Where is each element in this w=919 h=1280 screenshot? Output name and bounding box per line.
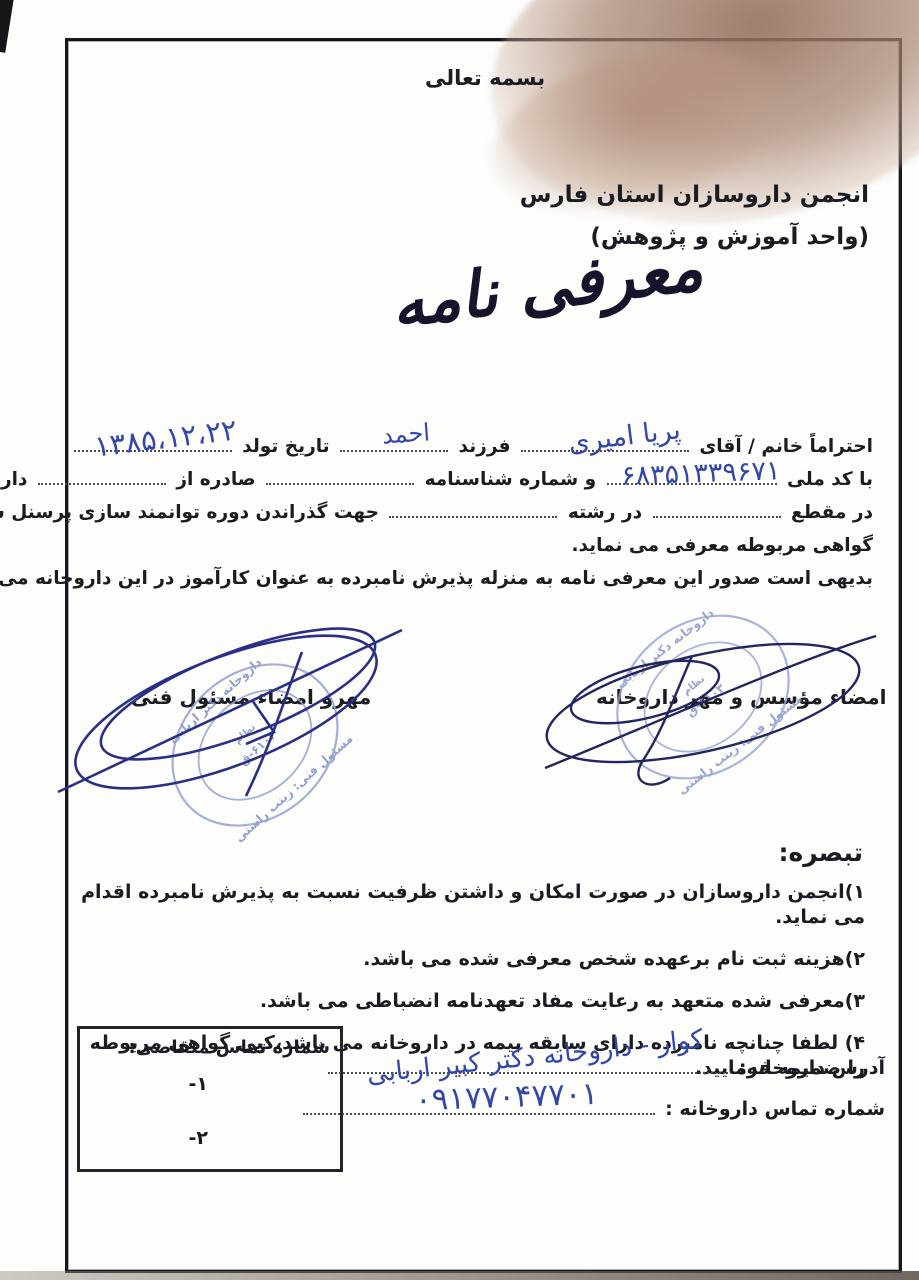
level-field: [653, 500, 781, 518]
pharmacy-phone-label: شماره تماس داروخانه :: [665, 1098, 885, 1120]
pharmacy-phone-line: شماره تماس داروخانه : ۰۹۱۷۷۰۴۷۷۰۱: [299, 1097, 886, 1120]
scanned-document-page: بسمه تعالی انجمن داروسازان استان فارس (و…: [0, 0, 919, 1280]
pharmacy-address-line: آدرس داروخانه: کوار - داروخانه دکتر کبیر…: [324, 1056, 885, 1079]
national-id-label: با کد ملی: [787, 469, 873, 490]
founder-signature-label: امضاء مؤسس و مهر داروخانه: [596, 685, 886, 709]
notes-heading: تبصره:: [778, 838, 863, 867]
major-label: در رشته: [568, 502, 642, 523]
issued-from-field: [38, 467, 166, 485]
pharmacy-phone-field: ۰۹۱۷۷۰۴۷۷۰۱: [303, 1097, 655, 1115]
organization-name: انجمن داروسازان استان فارس: [520, 174, 869, 216]
form-line-5: بدیهی است صدور این معرفی نامه به منزله پ…: [72, 562, 873, 595]
form-line-3: در مقطع در رشته جهت گذراندن دوره توانمند…: [72, 496, 873, 529]
form-line-4: گواهی مربوطه معرفی می نماید.: [72, 529, 873, 562]
issued-from-label: صادره از: [176, 469, 255, 490]
applicant-contact-label: شماره تماس متقاضی:: [80, 1029, 340, 1058]
salutation-label: احتراماً خانم / آقای: [699, 436, 873, 457]
note-item-1: ۱)انجمن داروسازان در صورت امکان و داشتن …: [80, 880, 865, 930]
pharmacy-address-label: آدرس داروخانه:: [739, 1057, 885, 1079]
child-of-label: فرزند: [459, 436, 511, 457]
id-number-field: [266, 467, 414, 485]
technical-manager-signature-label: مهرو امضاء مسئول فنی: [131, 685, 371, 709]
course-purpose-text: جهت گذراندن دوره توانمند سازی پرسنل شاغل…: [0, 502, 379, 523]
birthdate-field: ۱۳۸۵،۱۲،۲۲: [74, 434, 232, 452]
scan-bottom-shadow: [0, 1271, 919, 1280]
name-field: پریا امیری: [521, 434, 689, 452]
applicant-contact-item-1: -۱: [189, 1073, 208, 1095]
level-label: در مقطع: [791, 502, 873, 523]
degree-label: دارای مدرک تحصیلی: [0, 469, 27, 490]
major-field: [389, 500, 557, 518]
id-number-label: و شماره شناسنامه: [425, 469, 597, 490]
father-name-field: احمد: [340, 434, 448, 452]
note-item-3: ۳)معرفی شده متعهد به رعایت مفاد تعهدنامه…: [80, 989, 865, 1014]
pharmacy-address-field: کوار - داروخانه دکتر کبیر اربابی: [328, 1056, 728, 1074]
form-line-2: با کد ملی ۶۸۳۵۱۳۳۹۶۷۱ و شماره شناسنامه ص…: [72, 463, 873, 496]
scan-edge-artifact: [0, 0, 15, 53]
note-item-2: ۲)هزینه ثبت نام برعهده شخص معرفی شده می …: [80, 947, 865, 972]
form-body: احتراماً خانم / آقای پریا امیری فرزند اح…: [72, 430, 873, 595]
bismillah-text: بسمه تعالی: [425, 66, 545, 90]
birthdate-label: تاریخ تولد: [242, 436, 329, 457]
national-id-field: ۶۸۳۵۱۳۳۹۶۷۱: [607, 467, 777, 485]
form-line-1: احتراماً خانم / آقای پریا امیری فرزند اح…: [72, 430, 873, 463]
applicant-contact-item-2: -۲: [189, 1127, 208, 1149]
